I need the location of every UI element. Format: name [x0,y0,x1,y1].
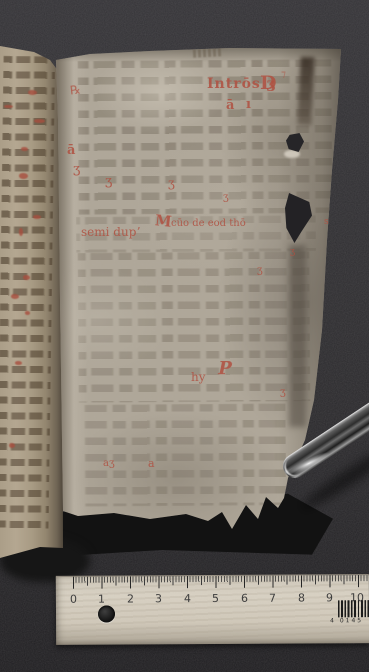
ruler-number: 8 [293,591,310,604]
red-pigment-mark [15,361,22,365]
red-pigment-mark [4,105,13,108]
red-pigment-mark [28,90,37,95]
red-pigment-mark [9,443,15,448]
rubric-fragment: su [324,218,334,227]
red-pigment-mark [33,215,41,219]
ruler-cm-ticks [73,575,369,589]
rubric-fragment: ʒ [290,248,295,257]
ruler-number: 1 [93,593,110,606]
ruler-number: 0 [65,593,82,606]
barcode-digit-left: 4 [330,617,336,624]
barcode-digits: 4 0145 [330,617,363,624]
rubric-fragment: semi dupʼ [81,226,140,238]
ruler: 0 1 2 3 4 5 6 7 8 9 10 4 0145 [56,574,369,645]
left-page-script-texture [0,56,55,535]
rubric-fragment: M [154,213,172,230]
worn-streak [289,245,306,427]
rubric-fragment: ʒ [223,193,229,203]
rubric-fragment: ʒ [73,163,80,176]
ruler-number: 2 [122,592,139,605]
rubric-fragment: ā [226,99,234,112]
red-pigment-mark [19,173,28,179]
rubric-fragment: ℞ [69,83,81,96]
manuscript-photo-scene: ℞ Intrōs ʒ D ā ı ā ʒ ʒ ʒ ʒ cō semi dupʼ … [0,0,369,672]
catchword-mark [193,48,221,57]
red-pigment-mark [34,119,45,123]
rubric-fragment: ā [67,144,75,157]
ruler-hanging-hole [98,606,115,623]
red-pigment-mark [23,275,30,280]
rubric-fragment: ʒ [280,388,286,398]
ruler-number: 4 [179,592,196,605]
rubric-fragment: cūo de eod thō [171,219,246,229]
red-pigment-mark [11,294,19,299]
ruler-number: 5 [207,592,224,605]
rubric-initial: D [260,74,276,93]
rubric-fragment: hy [191,371,206,383]
red-pigment-mark [19,228,23,236]
red-pigment-mark [25,311,30,315]
rubric-fragment: ʒ [105,175,112,188]
barcode-bars [338,600,369,617]
rubric-fragment: ı [246,98,251,111]
rubric-fragment: ʒ [257,266,263,276]
rubric-fragment: ʒ [168,177,175,189]
rubric-fragment: aʒ [103,459,115,469]
ruler-number: 6 [236,592,253,605]
rubric-fragment: a [148,458,155,469]
barcode-digit-group: 0145 [340,617,363,624]
ruler-number: 3 [150,592,167,605]
red-pigment-mark [21,147,28,151]
ruler-number: 9 [321,591,338,604]
rubric-fragment: ⁊ [281,70,286,80]
ruler-barcode: 4 0145 [338,600,369,626]
ruler-number: 7 [264,592,281,605]
